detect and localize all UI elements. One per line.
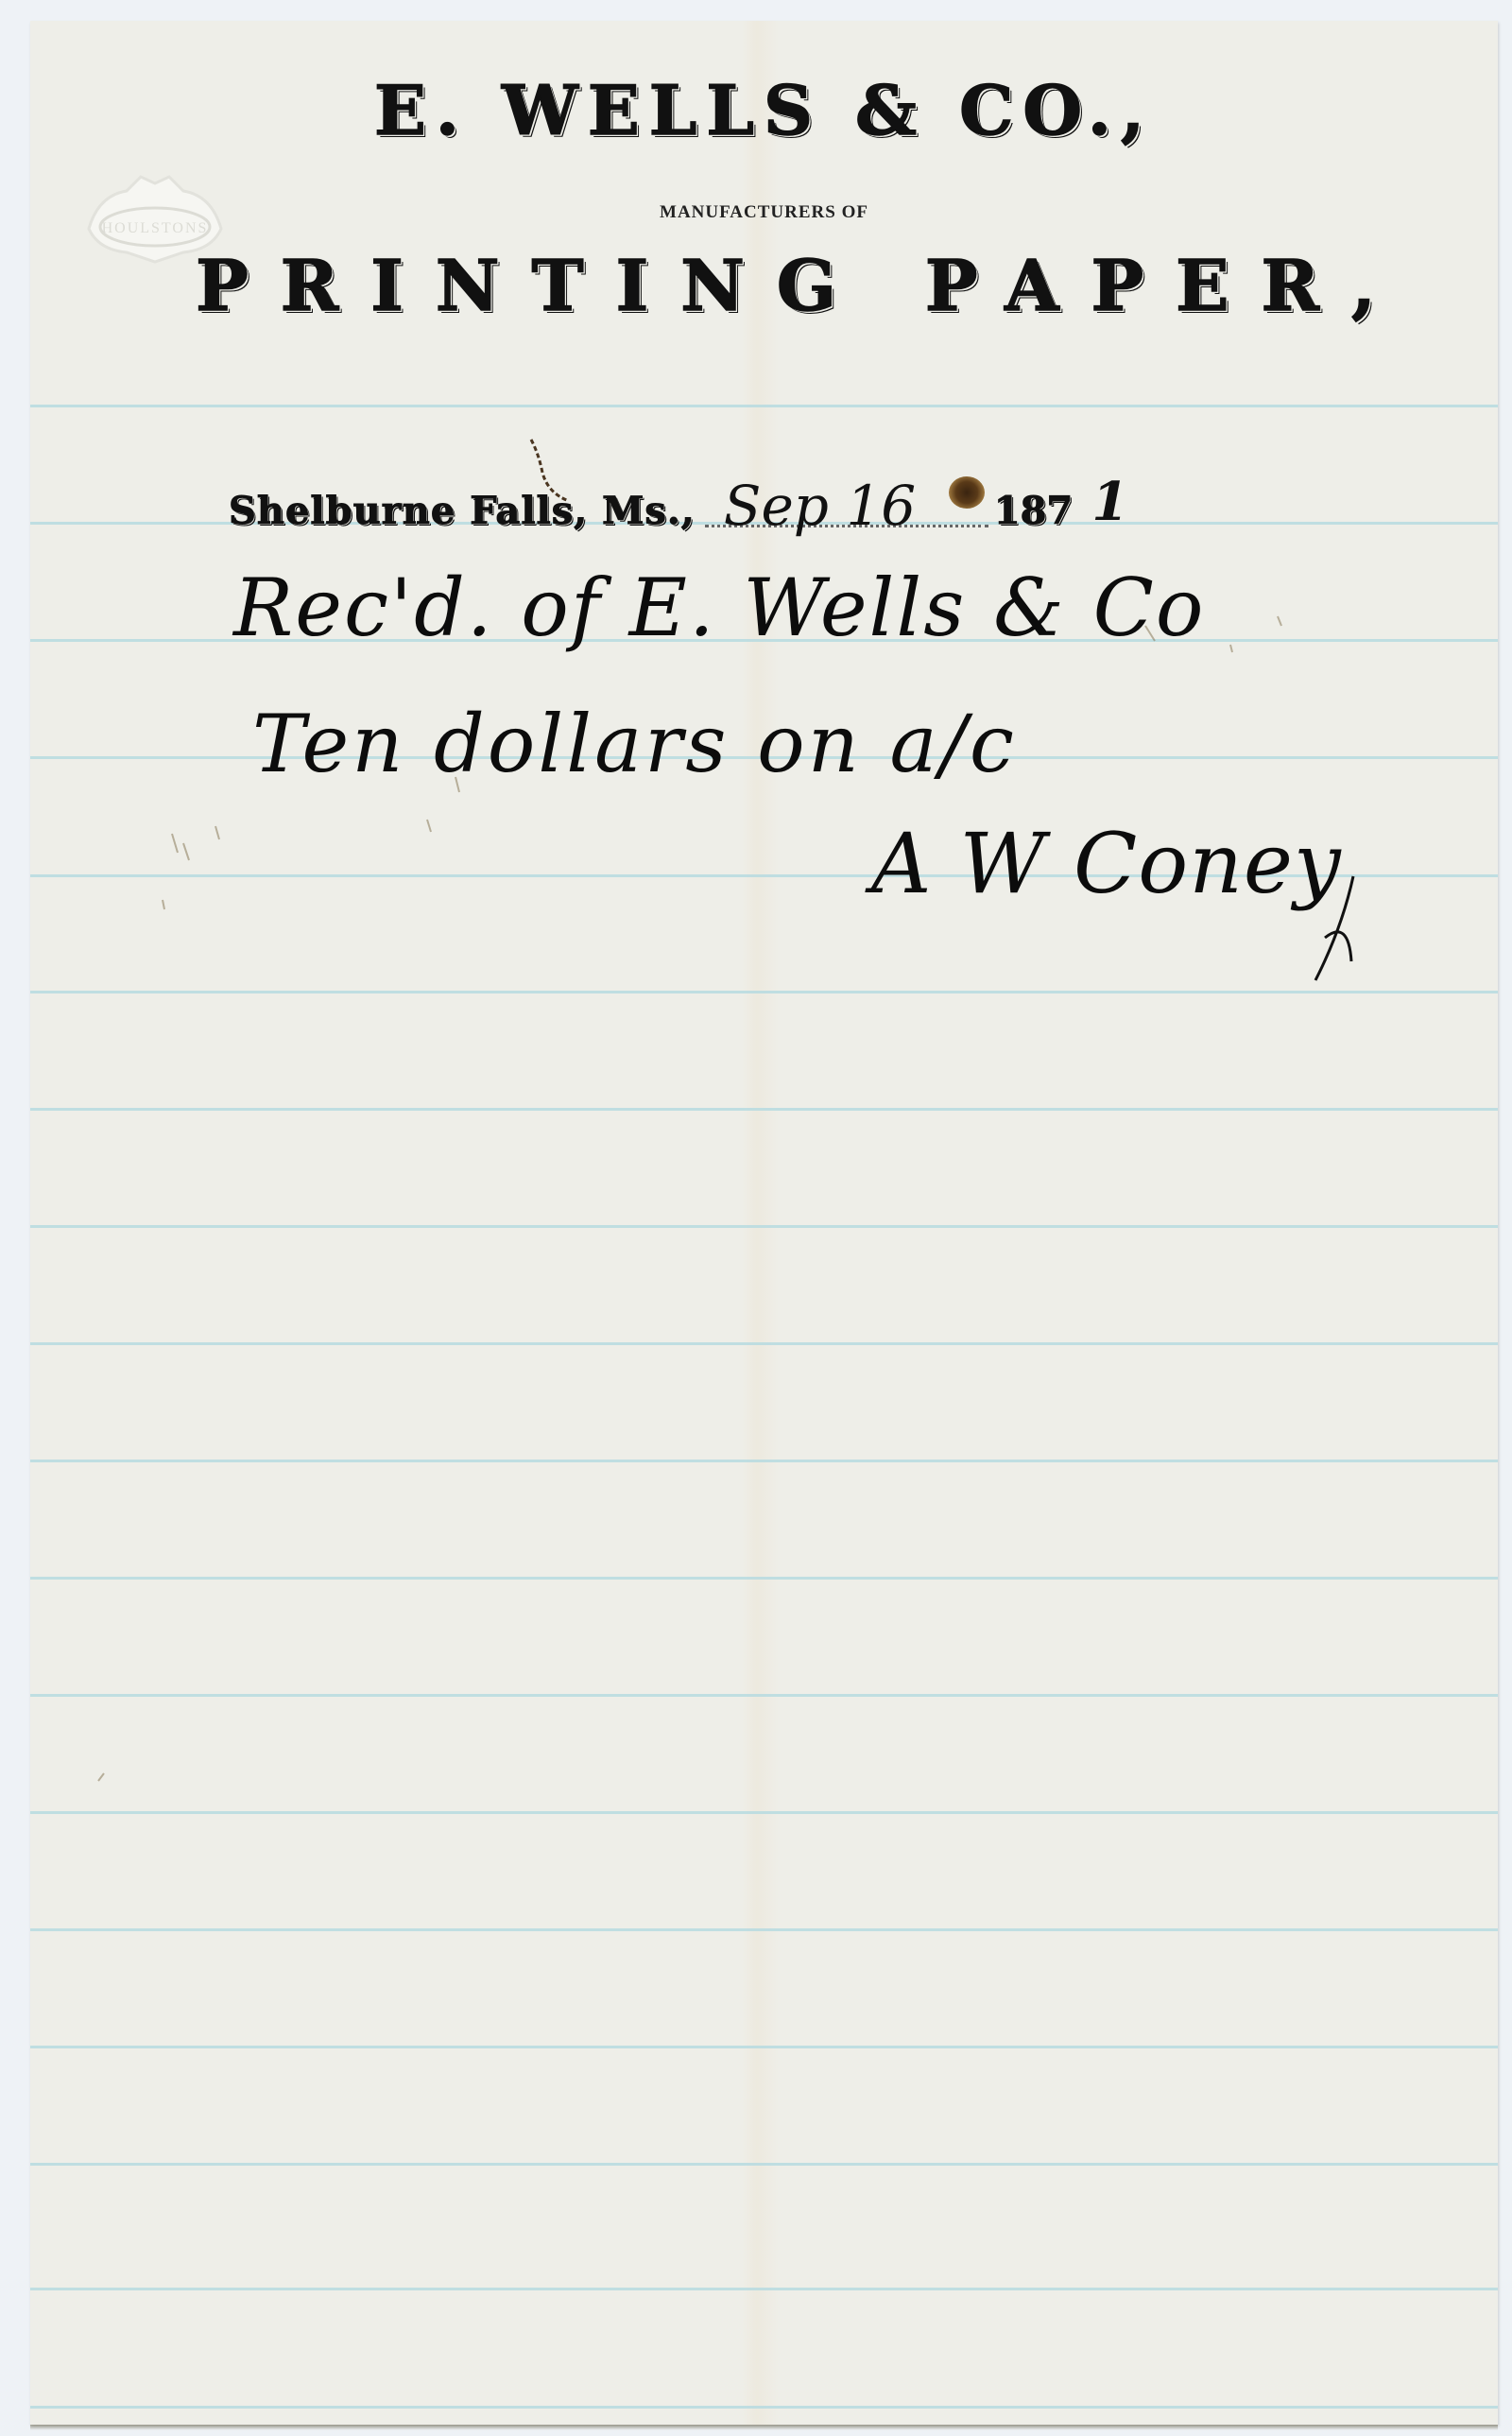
letter-sheet: HOULSTONS E. WELLS & CO., MANUFACTURERS …: [30, 21, 1498, 2425]
date-field: Sep 16: [705, 477, 988, 527]
ruled-line: [30, 1928, 1498, 1931]
handwritten-year-digit: 1: [1091, 471, 1128, 533]
receipt-line-received: Rec'd. of E. Wells & Co: [233, 561, 1205, 654]
place-name: Shelburne Falls, Ms.,: [229, 489, 696, 533]
signature: A W Coney: [871, 815, 1342, 912]
ruled-line: [30, 2406, 1498, 2409]
ruled-line: [30, 1460, 1498, 1462]
signature-flourish: [1297, 872, 1382, 985]
letterhead-subtitle: MANUFACTURERS OF: [30, 202, 1498, 223]
ruled-line: [30, 991, 1498, 993]
ruled-line: [30, 405, 1498, 407]
ink-stain: [949, 476, 985, 509]
ruled-line: [30, 1108, 1498, 1111]
receipt-line-amount: Ten dollars on a/c: [252, 698, 1017, 790]
paper-specks: [30, 21, 1498, 2425]
ruled-line: [30, 1577, 1498, 1580]
product-heading: PRINTING PAPER,: [30, 246, 1512, 327]
company-name: E. WELLS & CO.,: [30, 70, 1498, 150]
ruled-line: [30, 1811, 1498, 1814]
ruled-line: [30, 1225, 1498, 1228]
ruled-line: [30, 2163, 1498, 2166]
ruled-line: [30, 2288, 1498, 2290]
printed-year: 187: [994, 489, 1074, 533]
ruled-line: [30, 1342, 1498, 1345]
ruled-line: [30, 1694, 1498, 1697]
handwritten-date: Sep 16: [724, 474, 916, 538]
ruled-line: [30, 2046, 1498, 2048]
place-date-line: Shelburne Falls, Ms., Sep 16 187 1: [229, 471, 1128, 533]
